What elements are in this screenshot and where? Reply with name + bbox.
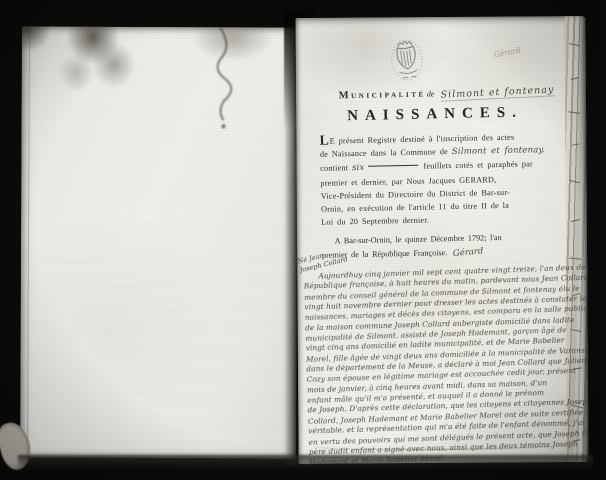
corner-ink-stain — [20, 26, 52, 52]
ink-drip-stain — [173, 27, 274, 162]
signature: Gérard — [453, 245, 485, 261]
closing-paragraph: A Bar-sur-Ornin, le quinze Décembre 1792… — [322, 230, 569, 263]
edge-mark — [571, 219, 580, 222]
edge-mark — [572, 143, 579, 145]
scanned-register-spread: Gérard MUNICIPALITÉde Silmont et fontena… — [0, 0, 606, 480]
page-edge-line — [27, 26, 30, 457]
municipality-name-handwritten: Silmont et fontenay — [440, 84, 554, 101]
edge-mark — [568, 111, 580, 114]
blank-rule — [368, 165, 418, 167]
handwritten-folio-count: six — [352, 163, 365, 173]
ink-seal-icon — [387, 36, 426, 86]
edge-mark — [569, 43, 580, 46]
register-title-page: Gérard MUNICIPALITÉde Silmont et fontena… — [295, 16, 588, 464]
corner-annotation: Gérard — [493, 46, 521, 60]
edge-mark — [570, 180, 580, 183]
handwritten-act: Aujourdhuy cinq janvier mil sept cent qu… — [303, 263, 587, 464]
municipality-line: MUNICIPALITÉde Silmont et fontenay — [338, 81, 564, 104]
printed-intro: LE présent Registre destiné à l'inscript… — [319, 130, 567, 230]
book-bottom-shadow — [18, 455, 593, 470]
left-blank-page — [20, 26, 298, 458]
municipality-label: MUNICIPALITÉ — [338, 84, 426, 103]
edge-mark — [571, 77, 579, 80]
drop-cap: L — [319, 134, 329, 149]
edge-mark — [569, 257, 581, 259]
page-title: NAISSANCES. — [305, 104, 565, 126]
handwritten-insert: Silmont et fontenay. — [452, 145, 546, 157]
ink-stain — [48, 26, 148, 123]
